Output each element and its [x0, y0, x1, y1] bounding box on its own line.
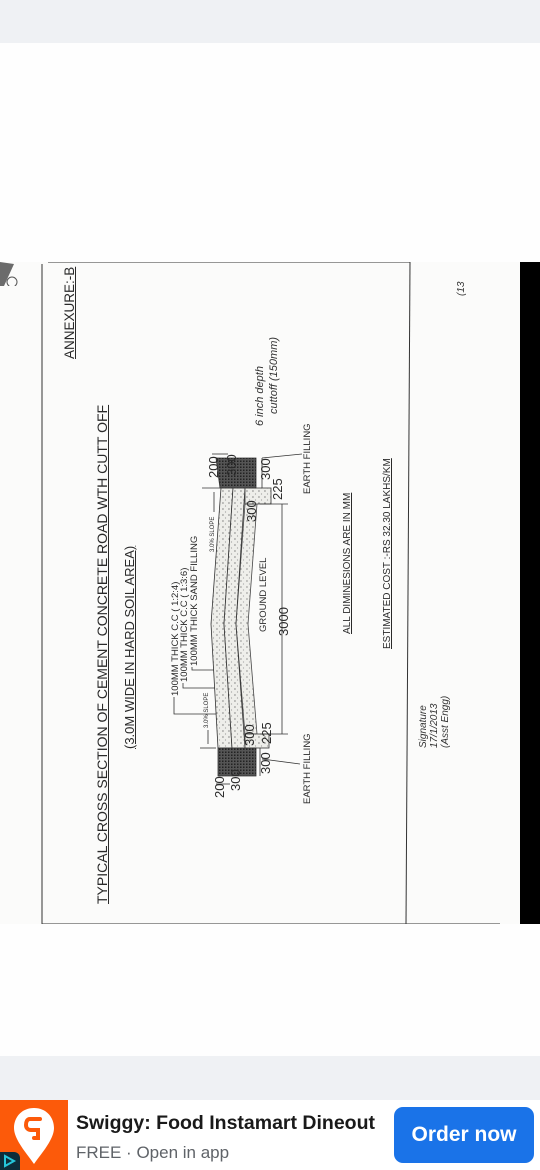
handwritten-note-1: 6 inch depth — [254, 366, 266, 426]
scan-black-edge — [520, 262, 540, 924]
handwritten-note-2: cuttoff (150mm) — [268, 337, 280, 414]
estimated-cost: ESTIMATED COST :-RS 32.30 LAKHS/KM — [382, 458, 393, 649]
dim-left-300c: 300 — [258, 752, 273, 774]
ad-separator — [0, 1056, 540, 1100]
ad-app-name[interactable]: Swiggy: Food Instamart Dineout — [76, 1112, 375, 1135]
ad-banner[interactable]: Swiggy: Food Instamart Dineout FREE · Op… — [0, 1100, 540, 1170]
dimensions-note: ALL DIMINESIONS ARE IN MM — [342, 493, 353, 634]
ground-level-label: GROUND LEVEL — [258, 558, 269, 632]
page-number: (13 — [456, 282, 467, 296]
dim-right-200: 200 — [206, 456, 221, 478]
order-now-button[interactable]: Order now — [394, 1107, 534, 1163]
dim-left-300b: 300 — [242, 724, 257, 746]
dim-right-300b: 300 — [244, 500, 259, 522]
rotated-drawing: ANNEXURE:-B TYPICAL CROSS SECTION OF CEM… — [0, 262, 520, 924]
dim-left-300a: 300 — [228, 769, 243, 791]
width-dimension: 3000 — [276, 607, 291, 636]
dim-left-225: 225 — [259, 722, 274, 744]
handwritten-signature: Signature 17/1/2013 (Asst Engg) — [418, 678, 451, 748]
dim-right-225: 225 — [270, 478, 285, 500]
dim-right-300c: 300 — [258, 458, 273, 480]
earth-filling-left: EARTH FILLING — [302, 733, 313, 804]
ad-subtitle: FREE · Open in app — [76, 1143, 229, 1163]
top-bar — [0, 0, 540, 43]
dim-left-200: 200 — [212, 776, 227, 798]
image-viewer[interactable]: ANNEXURE:-B TYPICAL CROSS SECTION OF CEM… — [0, 43, 540, 1056]
adchoices-icon[interactable] — [0, 1152, 20, 1170]
earth-filling-right: EARTH FILLING — [302, 423, 313, 494]
dim-right-300a: 300 — [224, 454, 239, 476]
scanned-document[interactable]: ANNEXURE:-B TYPICAL CROSS SECTION OF CEM… — [0, 262, 540, 924]
